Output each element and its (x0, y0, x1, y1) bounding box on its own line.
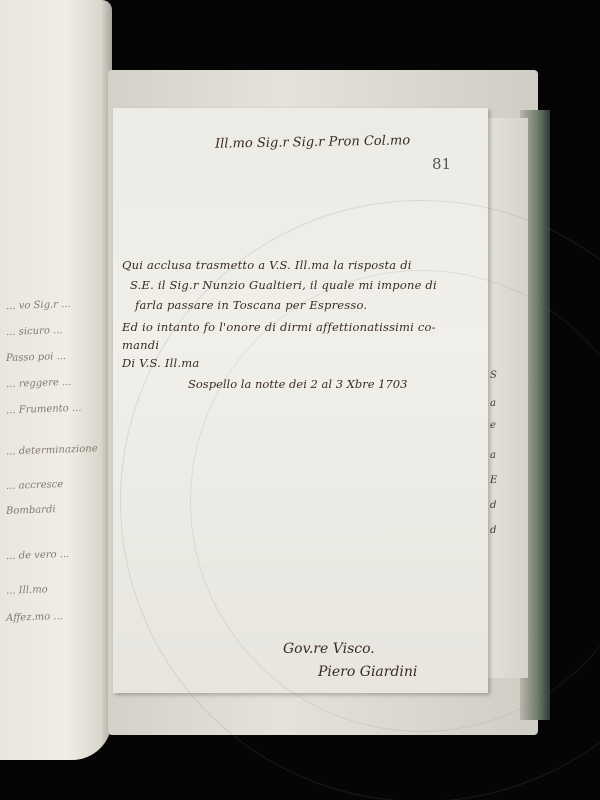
left-page-line: ... Ill.mo (6, 584, 48, 596)
left-page-line: ... determinazione (6, 443, 98, 457)
folio-number: 81 (432, 155, 451, 173)
left-page-line: ... de vero ... (6, 549, 70, 562)
left-page-line: Passo poi ... (6, 351, 66, 364)
left-facing-page: ... vo Sig.r ... ... sicuro ... Passo po… (0, 0, 112, 760)
left-page-line: Affez.mo ... (6, 611, 63, 624)
left-page-line: ... vo Sig.r ... (6, 299, 71, 312)
body-line: mandi (122, 338, 159, 352)
left-page-line: ... sicuro ... (6, 325, 63, 338)
left-page-line: ... reggere ... (6, 377, 72, 390)
left-page-line: Bombardi (6, 504, 56, 517)
left-page-line: ... accresce (6, 479, 64, 492)
left-page-line: ... Frumento ... (6, 403, 82, 417)
